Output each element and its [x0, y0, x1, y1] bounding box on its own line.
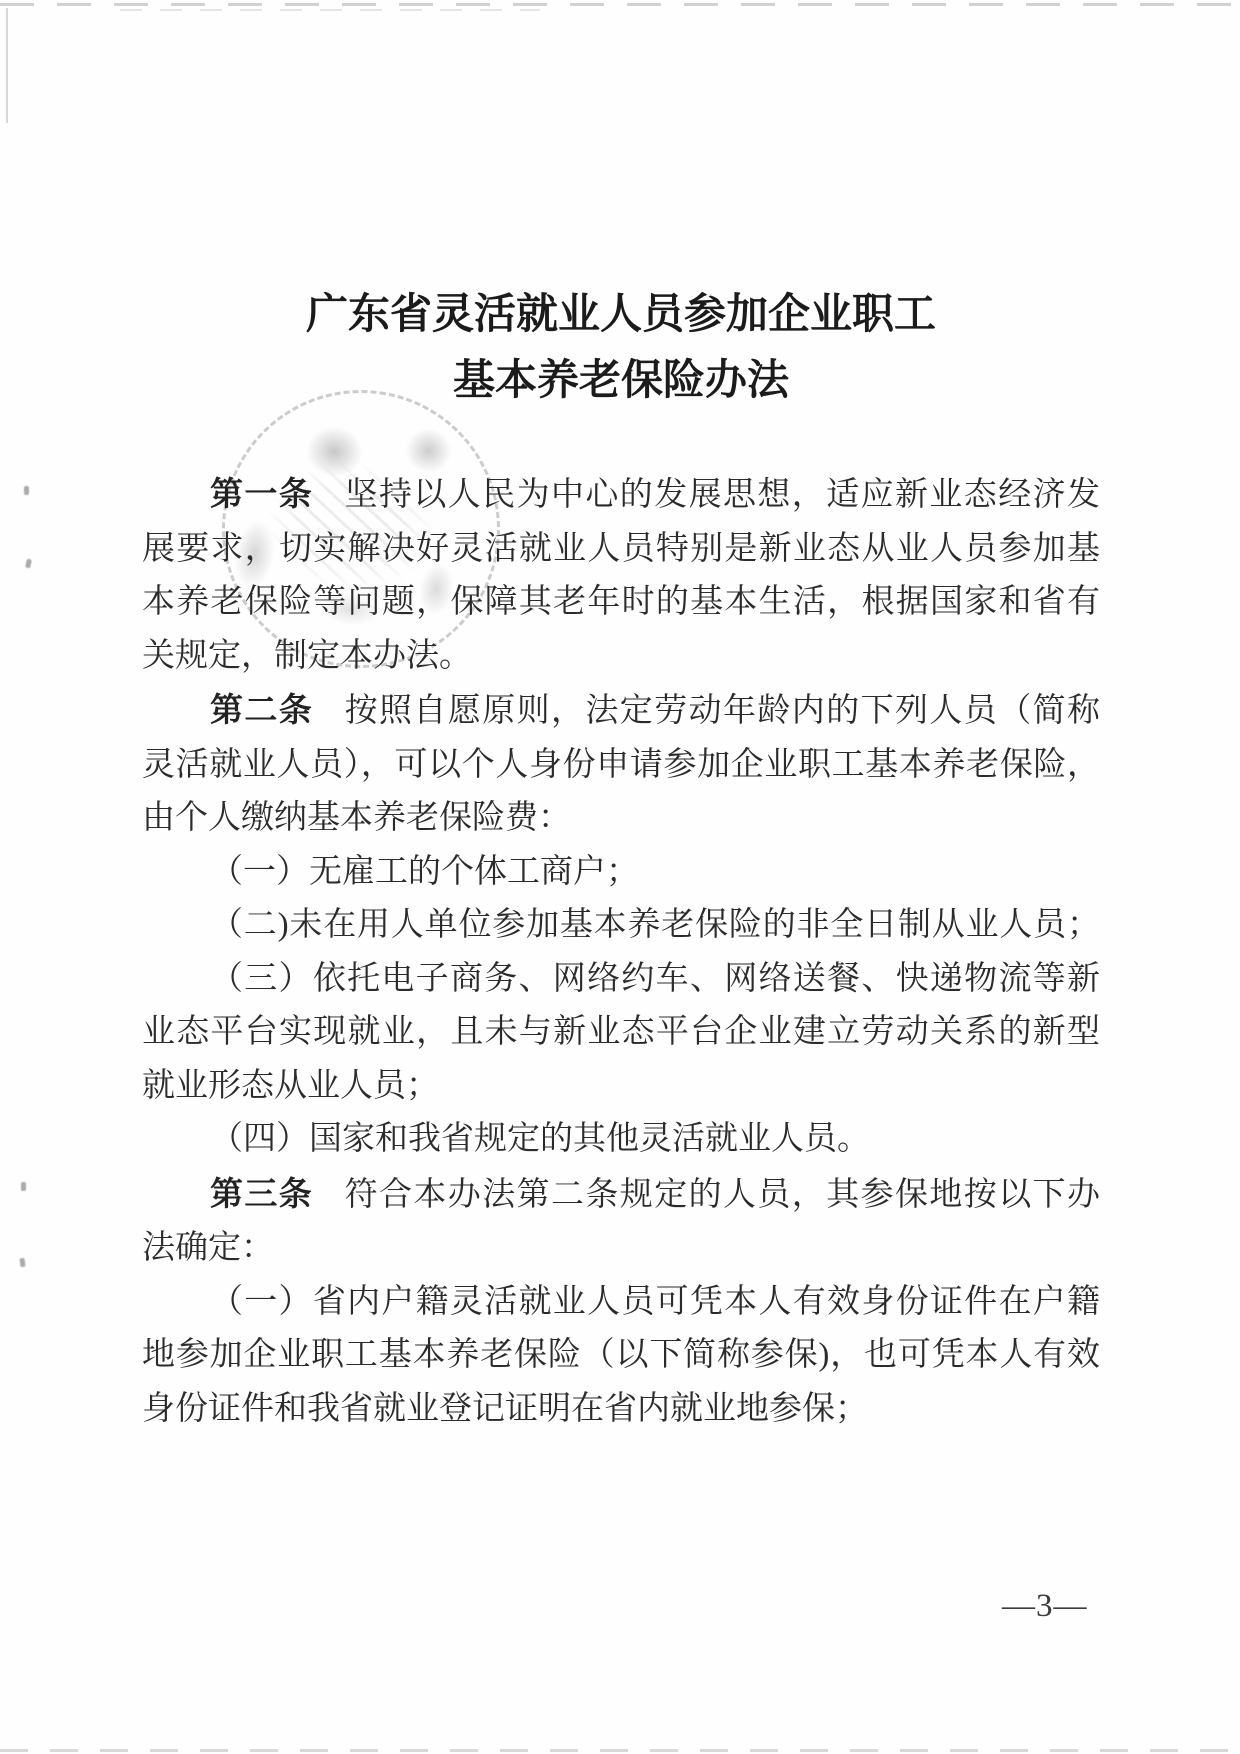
line-text: 关规定，制定本办法。: [142, 638, 472, 674]
body-line: 关规定，制定本办法。: [142, 630, 1100, 684]
line-text: （一）无雇工的个体工商户；: [210, 854, 639, 890]
line-text: 法确定：: [142, 1230, 274, 1266]
body-line: （四）国家和我省规定的其他灵活就业人员。: [142, 1113, 1100, 1167]
line-text: 本养老保险等问题，保障其老年时的基本生活，根据国家和省有: [142, 584, 1100, 620]
line-text: 就业形态从业人员；: [142, 1068, 439, 1104]
scan-speck: [19, 1258, 25, 1268]
body-line: 由个人缴纳基本养老保险费：: [142, 792, 1100, 846]
page-number: —3—: [1002, 1588, 1088, 1625]
body-line: 第一条坚持以人民为中心的发展思想，适应新业态经济发: [142, 467, 1100, 523]
body-line: 灵活就业人员），可以个人身份申请参加企业职工基本养老保险，: [142, 739, 1100, 793]
line-text: 坚持以人民为中心的发展思想，适应新业态经济发: [343, 477, 1100, 513]
line-text: （四）国家和我省规定的其他灵活就业人员。: [210, 1121, 870, 1157]
article-number: 第二条: [210, 690, 313, 729]
scan-edge-artifact-bottom: [0, 1749, 1240, 1752]
body-line: （一）省内户籍灵活就业人员可凭本人有效身份证件在户籍: [142, 1276, 1100, 1330]
body-line: （二)未在用人单位参加基本养老保险的非全日制从业人员；: [142, 899, 1100, 953]
scan-edge-artifact-top-secondary: [120, 9, 540, 11]
article-number: 第一条: [210, 474, 313, 513]
body-line: 展要求，切实解决好灵活就业人员特别是新业态从业人员参加基: [142, 523, 1100, 577]
scan-edge-artifact-top: [0, 3, 1240, 6]
body-line: （一）无雇工的个体工商户；: [142, 846, 1100, 900]
body-line: 第三条符合本办法第二条规定的人员，其参保地按以下办: [142, 1167, 1100, 1223]
line-text: （三）依托电子商务、网络约车、网络送餐、快递物流等新: [210, 961, 1100, 997]
document-text-block: 广东省灵活就业人员参加企业职工基本养老保险办法 第一条坚持以人民为中心的发展思想…: [142, 281, 1100, 1436]
line-text: 由个人缴纳基本养老保险费：: [142, 800, 571, 836]
scan-speck: [25, 559, 32, 569]
document-body: 第一条坚持以人民为中心的发展思想，适应新业态经济发展要求，切实解决好灵活就业人员…: [142, 467, 1100, 1436]
body-line: 地参加企业职工基本养老保险（以下简称参保)，也可凭本人有效: [142, 1329, 1100, 1383]
body-line: 第二条按照自愿原则，法定劳动年龄内的下列人员（简称: [142, 683, 1100, 739]
body-line: 就业形态从业人员；: [142, 1060, 1100, 1114]
title-line: 基本养老保险办法: [142, 347, 1100, 413]
scan-edge-artifact-left: [6, 8, 8, 123]
line-text: 灵活就业人员），可以个人身份申请参加企业职工基本养老保险，: [142, 747, 1100, 783]
body-line: 身份证件和我省就业登记证明在省内就业地参保；: [142, 1383, 1100, 1437]
body-line: 本养老保险等问题，保障其老年时的基本生活，根据国家和省有: [142, 576, 1100, 630]
line-text: 身份证件和我省就业登记证明在省内就业地参保；: [142, 1391, 868, 1427]
document-title: 广东省灵活就业人员参加企业职工基本养老保险办法: [142, 281, 1100, 413]
line-text: 业态平台实现就业，且未与新业态平台企业建立劳动关系的新型: [142, 1014, 1100, 1050]
article-number: 第三条: [210, 1174, 313, 1213]
line-text: （一）省内户籍灵活就业人员可凭本人有效身份证件在户籍: [210, 1284, 1100, 1320]
line-text: 按照自愿原则，法定劳动年龄内的下列人员（简称: [343, 693, 1100, 729]
body-line: 业态平台实现就业，且未与新业态平台企业建立劳动关系的新型: [142, 1006, 1100, 1060]
line-text: 地参加企业职工基本养老保险（以下简称参保)，也可凭本人有效: [142, 1337, 1100, 1373]
line-text: 展要求，切实解决好灵活就业人员特别是新业态从业人员参加基: [142, 531, 1100, 567]
scan-speck: [21, 1182, 26, 1191]
line-text: （二)未在用人单位参加基本养老保险的非全日制从业人员；: [210, 907, 1100, 943]
scanned-document-page: 广东省灵活就业人员参加企业职工基本养老保险办法 第一条坚持以人民为中心的发展思想…: [0, 0, 1240, 1754]
scan-speck: [24, 486, 29, 495]
title-line: 广东省灵活就业人员参加企业职工: [142, 281, 1100, 347]
body-line: 法确定：: [142, 1222, 1100, 1276]
line-text: 符合本办法第二条规定的人员，其参保地按以下办: [343, 1177, 1100, 1213]
body-line: （三）依托电子商务、网络约车、网络送餐、快递物流等新: [142, 953, 1100, 1007]
